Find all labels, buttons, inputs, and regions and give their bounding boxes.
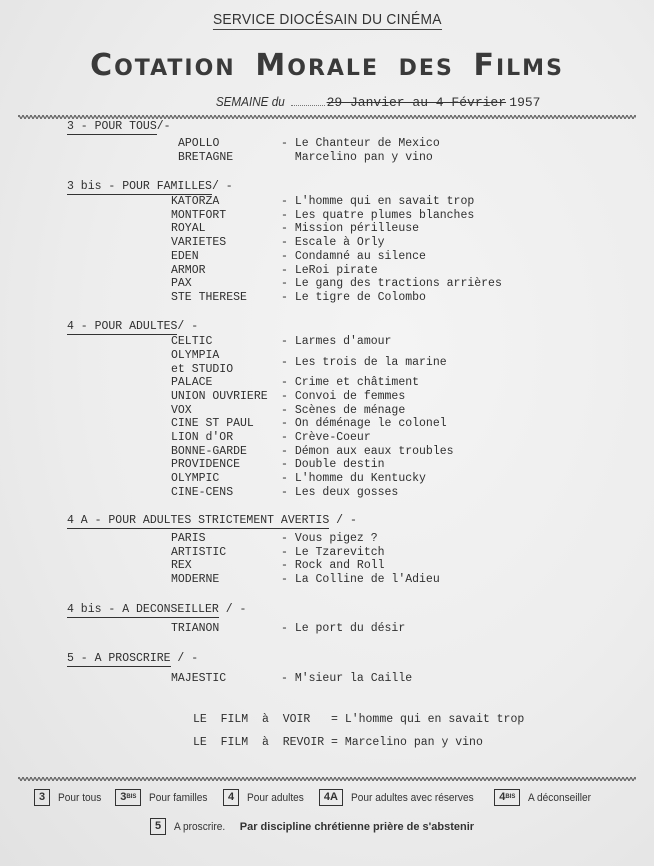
rating-code-sup: BIS	[126, 794, 136, 800]
cinema-name: TRIANON	[171, 622, 219, 636]
section-heading-suffix: / -	[171, 652, 199, 665]
cinema-line: REX	[171, 559, 192, 573]
title-word: FILMS	[473, 56, 563, 81]
film-title: - Crime et châtiment	[281, 376, 419, 390]
film-name: Les quatre plumes blanches	[295, 209, 474, 222]
recommendation-label: LE FILM à REVOIR =	[193, 736, 345, 749]
rating-code-box: 4A	[319, 789, 343, 806]
film-title: - L'homme du Kentucky	[281, 472, 426, 486]
film-name: Escale à Orly	[295, 236, 385, 249]
service-header: SERVICE DIOCÉSAIN DU CINÉMA	[0, 11, 654, 30]
cinema-line: APOLLO	[178, 137, 219, 151]
cinema-line: VARIETES	[171, 236, 226, 250]
cinema-name: EDEN	[171, 250, 199, 264]
dash: -	[281, 137, 295, 150]
section-heading: 4 bis - A DECONSEILLER / -	[67, 603, 246, 616]
legend-row-1: 3Pour tous3BISPour familles4Pour adultes…	[34, 789, 607, 806]
rating-code-box: 3BIS	[115, 789, 141, 806]
cinema-name: BONNE-GARDE	[171, 445, 247, 459]
dash: -	[281, 250, 295, 263]
cinema-line: PAX	[171, 277, 192, 291]
cinema-name: CELTIC	[171, 335, 212, 349]
cinema-name: LION d'OR	[171, 431, 233, 445]
dash: -	[281, 672, 295, 685]
cinema-name: ARTISTIC	[171, 546, 226, 560]
film-title: - Le Tzarevitch	[281, 546, 385, 560]
film-title: - Les deux gosses	[281, 486, 398, 500]
cinema-line: ARTISTIC	[171, 546, 226, 560]
cinema-line: STE THERESE	[171, 291, 247, 305]
section-heading-text: 5 - A PROSCRIRE	[67, 652, 171, 667]
cinema-line: MAJESTIC	[171, 672, 226, 686]
week-line: SEMAINE du29 Janvier au 4 Février 1957	[212, 94, 541, 110]
recommendation-label: LE FILM à VOIR =	[193, 713, 345, 726]
dash: -	[281, 573, 295, 586]
dash: -	[281, 356, 295, 369]
section-heading: 3 - POUR TOUS/-	[67, 120, 171, 133]
dash: -	[281, 458, 295, 471]
cinema-name: OLYMPIC	[171, 472, 219, 486]
rating-description: Pour familles	[149, 792, 207, 804]
cinema-name: PROVIDENCE	[171, 458, 240, 472]
dash: -	[281, 277, 295, 290]
cinema-line: et STUDIO	[171, 363, 233, 377]
dash: -	[281, 291, 295, 304]
film-title: - Le Chanteur de Mexico	[281, 137, 440, 151]
dash: -	[281, 546, 295, 559]
cinema-line: OLYMPIA	[171, 349, 233, 363]
dash: -	[281, 445, 295, 458]
film-title: - Rock and Roll	[281, 559, 385, 573]
cinema-name: OLYMPIAet STUDIO	[171, 349, 233, 377]
rating-code-sup: BIS	[505, 794, 515, 800]
film-name: Les trois de la marine	[295, 356, 447, 369]
cinema-name: CINE-CENS	[171, 486, 233, 500]
cinema-line: LION d'OR	[171, 431, 233, 445]
rating-description: A déconseiller	[528, 792, 591, 804]
film-title: - Larmes d'amour	[281, 335, 391, 349]
recommendation: LE FILM à REVOIR = Marcelino pan y vino	[193, 736, 483, 749]
film-title: - On déménage le colonel	[281, 417, 447, 431]
section-heading-text: 4 - POUR ADULTES	[67, 320, 177, 335]
dash: -	[281, 264, 295, 277]
section-heading: 4 - POUR ADULTES/ -	[67, 320, 198, 333]
cinema-line: PARIS	[171, 532, 206, 546]
cinema-name: PAX	[171, 277, 192, 291]
cinema-name: PARIS	[171, 532, 206, 546]
cinema-name: VOX	[171, 404, 192, 418]
cinema-line: CINE ST PAUL	[171, 417, 254, 431]
dash: -	[281, 195, 295, 208]
section-heading: 3 bis - POUR FAMILLES/ -	[67, 180, 233, 193]
film-title: - Démon aux eaux troubles	[281, 445, 454, 459]
cinema-line: MODERNE	[171, 573, 219, 587]
week-dates: 29 Janvier au 4 Février	[327, 95, 506, 110]
rating-code-box: 5	[150, 818, 166, 835]
cinema-line: PROVIDENCE	[171, 458, 240, 472]
cinema-name: APOLLO	[178, 137, 219, 151]
title-word: MORALE	[255, 56, 379, 81]
section-heading: 4 A - POUR ADULTES STRICTEMENT AVERTIS /…	[67, 514, 357, 527]
film-name: Double destin	[295, 458, 385, 471]
cinema-line: CELTIC	[171, 335, 212, 349]
dash: -	[281, 532, 295, 545]
abstain-note: Par discipline chrétienne prière de s'ab…	[240, 821, 474, 833]
week-year: 1957	[509, 95, 540, 110]
section-heading-suffix: / -	[219, 603, 247, 616]
rating-description: A proscrire.	[174, 821, 225, 833]
cinema-name: KATORZA	[171, 195, 219, 209]
film-name: Condamné au silence	[295, 250, 426, 263]
cinema-name: ARMOR	[171, 264, 206, 278]
cinema-name: STE THERESE	[171, 291, 247, 305]
film-title: - L'homme qui en savait trop	[281, 195, 474, 209]
film-title: - M'sieur la Caille	[281, 672, 412, 686]
film-title: - Le tigre de Colombo	[281, 291, 426, 305]
cinema-line: OLYMPIC	[171, 472, 219, 486]
film-title: - Scènes de ménage	[281, 404, 405, 418]
cinema-name: BRETAGNE	[178, 151, 233, 165]
film-name: Marcelino pan y vino	[295, 151, 433, 164]
dash: -	[281, 472, 295, 485]
film-title: - Vous pigez ?	[281, 532, 378, 546]
cinema-line: ROYAL	[171, 222, 206, 236]
cinema-name: MONTFORT	[171, 209, 226, 223]
film-title: Marcelino pan y vino	[281, 151, 433, 165]
film-name: Crève-Coeur	[295, 431, 371, 444]
cinema-name: UNION OUVRIERE	[171, 390, 268, 404]
film-name: Larmes d'amour	[295, 335, 392, 348]
dash	[281, 151, 295, 164]
film-name: Le tigre de Colombo	[295, 291, 426, 304]
cinema-line: BONNE-GARDE	[171, 445, 247, 459]
recommendation-film: L'homme qui en savait trop	[345, 713, 524, 726]
film-name: M'sieur la Caille	[295, 672, 412, 685]
dash: -	[281, 486, 295, 499]
dash: -	[281, 622, 295, 635]
film-title: - Les quatre plumes blanches	[281, 209, 474, 223]
film-title: - Convoi de femmes	[281, 390, 405, 404]
section-heading-suffix: / -	[329, 514, 357, 527]
cinema-name: MODERNE	[171, 573, 219, 587]
cinema-line: UNION OUVRIERE	[171, 390, 268, 404]
film-name: L'homme qui en savait trop	[295, 195, 474, 208]
film-title: - Le gang des tractions arrières	[281, 277, 502, 291]
film-title: - Le port du désir	[281, 622, 405, 636]
cinema-name: PALACE	[171, 376, 212, 390]
film-title: - La Colline de l'Adieu	[281, 573, 440, 587]
legend-row-2: 5A proscrire.Par discipline chrétienne p…	[150, 818, 474, 835]
film-name: L'homme du Kentucky	[295, 472, 426, 485]
film-title: - Double destin	[281, 458, 385, 472]
film-name: Scènes de ménage	[295, 404, 405, 417]
cinema-line: VOX	[171, 404, 192, 418]
section-heading-text: 4 bis - A DECONSEILLER	[67, 603, 219, 618]
film-name: Rock and Roll	[295, 559, 385, 572]
section-heading-suffix: /-	[157, 120, 171, 133]
dash: -	[281, 376, 295, 389]
cinema-name: MAJESTIC	[171, 672, 226, 686]
section-heading-text: 3 bis - POUR FAMILLES	[67, 180, 212, 195]
cinema-line: KATORZA	[171, 195, 219, 209]
film-name: La Colline de l'Adieu	[295, 573, 440, 586]
title-capital: F	[473, 48, 496, 83]
title-word: DES	[399, 56, 454, 81]
film-name: Les deux gosses	[295, 486, 399, 499]
dash: -	[281, 222, 295, 235]
cinema-name: CINE ST PAUL	[171, 417, 254, 431]
rating-description: Pour adultes	[247, 792, 304, 804]
title-capital: M	[255, 48, 287, 83]
film-name: On déménage le colonel	[295, 417, 447, 430]
cinema-line: EDEN	[171, 250, 199, 264]
rating-description: Pour tous	[58, 792, 101, 804]
film-name: LeRoi pirate	[295, 264, 378, 277]
section-heading-suffix: / -	[177, 320, 198, 333]
dash: -	[281, 431, 295, 444]
dash: -	[281, 559, 295, 572]
film-title: - Condamné au silence	[281, 250, 426, 264]
film-name: Le Chanteur de Mexico	[295, 137, 440, 150]
cinema-name: REX	[171, 559, 192, 573]
service-name: SERVICE DIOCÉSAIN DU CINÉMA	[213, 11, 442, 30]
film-name: Convoi de femmes	[295, 390, 405, 403]
film-name: Crime et châtiment	[295, 376, 419, 389]
cinema-line: MONTFORT	[171, 209, 226, 223]
title-word: COTATION	[90, 56, 236, 81]
film-name: Le Tzarevitch	[295, 546, 385, 559]
cinema-name: ROYAL	[171, 222, 206, 236]
dotted-leader	[291, 105, 325, 106]
film-name: Démon aux eaux troubles	[295, 445, 454, 458]
film-name: Le port du désir	[295, 622, 405, 635]
recommendation-film: Marcelino pan y vino	[345, 736, 483, 749]
dash: -	[281, 390, 295, 403]
document-page: SERVICE DIOCÉSAIN DU CINÉMA COTATION MOR…	[0, 0, 654, 866]
rating-description: Pour adultes avec réserves	[351, 792, 474, 804]
dash: -	[281, 236, 295, 249]
film-name: Mission périlleuse	[295, 222, 419, 235]
title-capital: C	[90, 48, 114, 83]
dash: -	[281, 209, 295, 222]
dash: -	[281, 335, 295, 348]
film-title: - Crève-Coeur	[281, 431, 371, 445]
rating-code-box: 4BIS	[494, 789, 520, 806]
section-heading-suffix: / -	[212, 180, 233, 193]
document-title: COTATION MORALE DES FILMS	[0, 48, 654, 83]
cinema-line: TRIANON	[171, 622, 219, 636]
section-heading-text: 3 - POUR TOUS	[67, 120, 157, 135]
cinema-line: PALACE	[171, 376, 212, 390]
section-heading: 5 - A PROSCRIRE / -	[67, 652, 198, 665]
rating-code-box: 3	[34, 789, 50, 806]
cinema-line: CINE-CENS	[171, 486, 233, 500]
rating-code-box: 4	[223, 789, 239, 806]
dash: -	[281, 417, 295, 430]
wavy-divider-bottom	[18, 776, 636, 782]
film-title: - LeRoi pirate	[281, 264, 378, 278]
cinema-line: ARMOR	[171, 264, 206, 278]
cinema-line: BRETAGNE	[178, 151, 233, 165]
film-title: - Mission périlleuse	[281, 222, 419, 236]
cinema-name: VARIETES	[171, 236, 226, 250]
film-name: Vous pigez ?	[295, 532, 378, 545]
film-title: - Escale à Orly	[281, 236, 385, 250]
film-title: - Les trois de la marine	[281, 356, 447, 370]
week-label: SEMAINE du	[216, 94, 285, 109]
recommendation: LE FILM à VOIR = L'homme qui en savait t…	[193, 713, 524, 726]
dash: -	[281, 404, 295, 417]
section-heading-text: 4 A - POUR ADULTES STRICTEMENT AVERTIS	[67, 514, 329, 529]
film-name: Le gang des tractions arrières	[295, 277, 502, 290]
